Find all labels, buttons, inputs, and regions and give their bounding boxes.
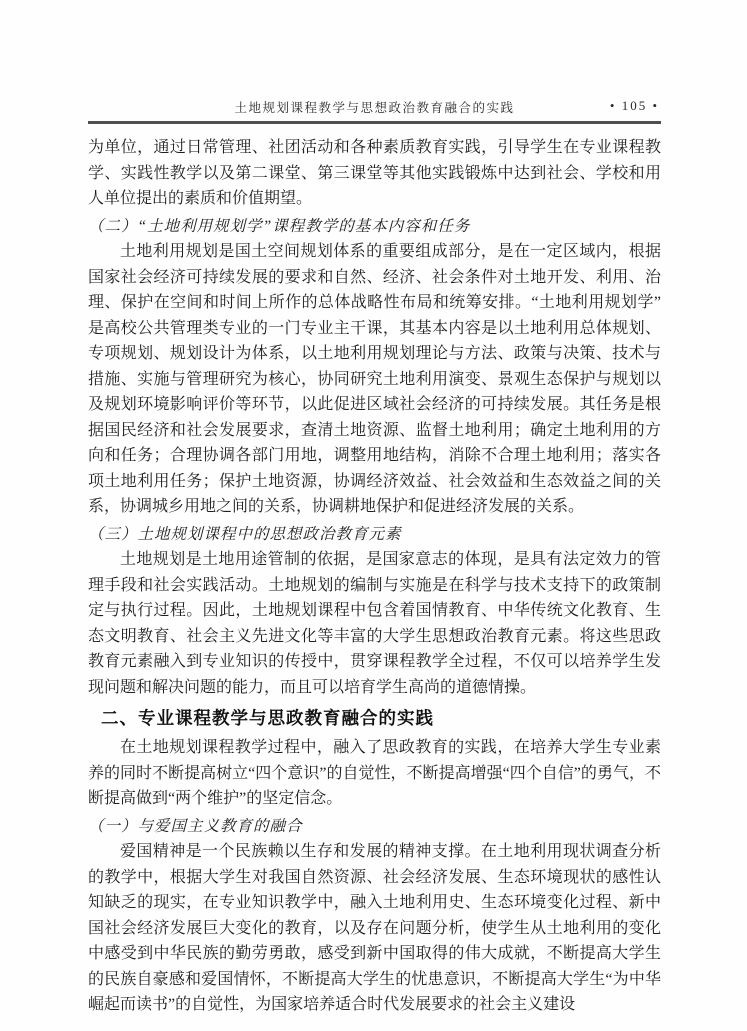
section-heading-2: 二、专业课程教学与思政教育融合的实践 — [101, 705, 661, 731]
page-header: 土地规划课程教学与思想政治教育融合的实践 • 105 • — [88, 98, 661, 114]
subsection-heading-2: （二）“土地利用规划学”课程教学的基本内容和任务 — [88, 214, 661, 240]
running-title: 土地规划课程教学与思想政治教育融合的实践 — [88, 98, 661, 116]
page-body: 为单位，通过日常管理、社团活动和各种素质教育实践，引导学生在专业课程教学、实践性… — [88, 135, 661, 1018]
paragraph-continuation: 为单位，通过日常管理、社团活动和各种素质教育实践，引导学生在专业课程教学、实践性… — [88, 135, 661, 212]
paragraph-patriotism-education: 爱国精神是一个民族赖以生存和发展的精神支撑。在土地利用现状调查分析的教学中，根据… — [88, 839, 661, 1018]
paragraph-land-use-planning: 土地利用规划是国土空间规划体系的重要组成部分，是在一定区域内，根据国家社会经济可… — [88, 239, 661, 520]
page-number: • 105 • — [610, 98, 659, 114]
subsection-heading-1: （一）与爱国主义教育的融合 — [88, 814, 661, 840]
paragraph-practice-intro: 在土地规划课程教学过程中，融入了思政教育的实践，在培养大学生专业素养的同时不断提… — [88, 735, 661, 812]
page-content: 土地规划课程教学与思想政治教育融合的实践 • 105 • 为单位，通过日常管理、… — [88, 98, 661, 1018]
subsection-heading-3: （三）土地规划课程中的思想政治教育元素 — [88, 522, 661, 548]
paragraph-ideological-elements: 土地规划是土地用途管制的依据，是国家意志的体现，是具有法定效力的管理手段和社会实… — [88, 547, 661, 700]
header-rule — [88, 121, 661, 124]
document-page: 土地规划课程教学与思想政治教育融合的实践 • 105 • 为单位，通过日常管理、… — [0, 0, 747, 1031]
